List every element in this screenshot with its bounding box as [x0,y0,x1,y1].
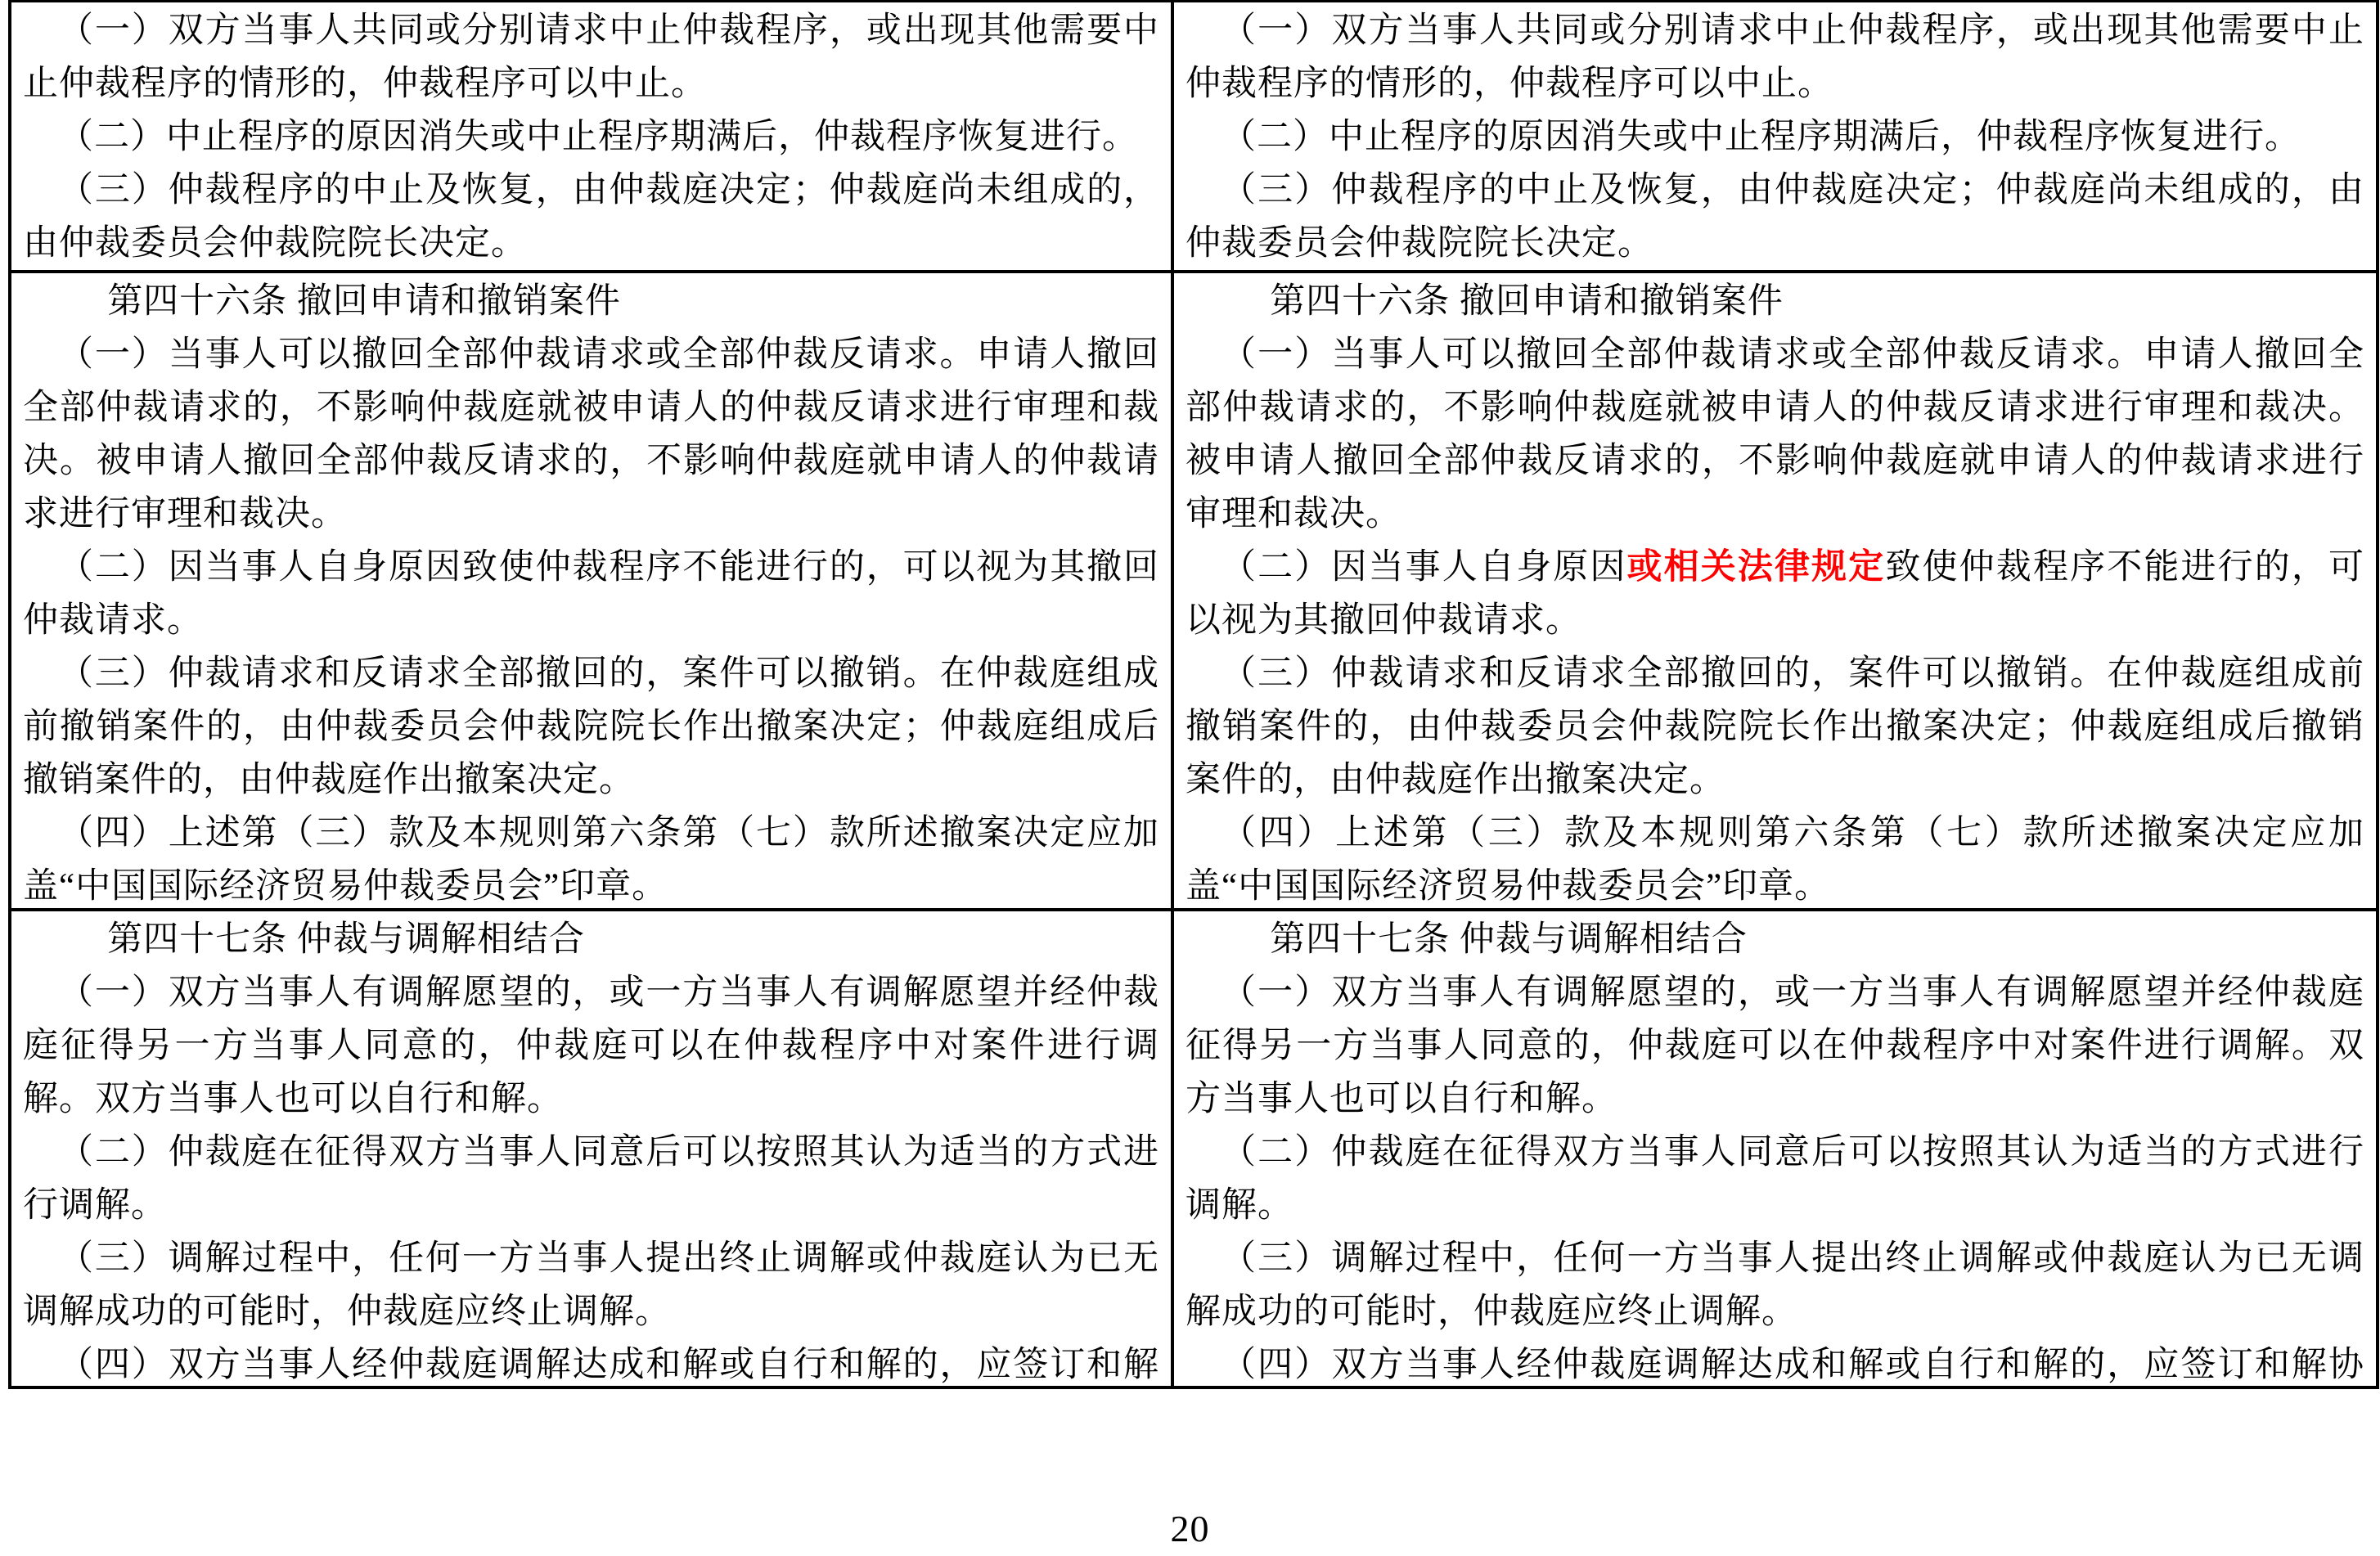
article-47-clause-2-right: （二）仲裁庭在征得双方当事人同意后可以按照其认为适当的方式进行调解。 [1186,1126,2364,1232]
clause-text-before-revision: （二）因当事人自身原因 [1221,548,1626,587]
article-46-clause-2-right: （二）因当事人自身原因或相关法律规定致使仲裁程序不能进行的，可以视为其撤回仲裁请… [1186,541,2364,647]
article-46-heading-left: 第四十六条 撤回申请和撤销案件 [23,275,1159,328]
article-47-heading-right: 第四十七条 仲裁与调解相结合 [1186,913,2364,966]
article-47-clause-2-left: （二）仲裁庭在征得双方当事人同意后可以按照其认为适当的方式进行调解。 [23,1126,1159,1232]
article-47-clause-4-right: （四）双方当事人经仲裁庭调解达成和解或自行和解的，应签订和解协议。 [1186,1338,2364,1386]
clause-suspension-1-right: （一）双方当事人共同或分别请求中止仲裁程序，或出现其他需要中止仲裁程序的情形的，… [1186,4,2364,110]
clause-suspension-1-left: （一）双方当事人共同或分别请求中止仲裁程序，或出现其他需要中止仲裁程序的情形的，… [23,4,1159,110]
rules-comparison-table: （一）双方当事人共同或分别请求中止仲裁程序，或出现其他需要中止仲裁程序的情形的，… [8,0,2379,1389]
cell-row2-right: 第四十六条 撤回申请和撤销案件 （一）当事人可以撤回全部仲裁请求或全部仲裁反请求… [1174,273,2376,911]
highlighted-revision-text: 或相关法律规定 [1626,548,1885,587]
clause-suspension-2-left: （二）中止程序的原因消失或中止程序期满后，仲裁程序恢复进行。 [23,110,1159,164]
document-page: （一）双方当事人共同或分别请求中止仲裁程序，或出现其他需要中止仲裁程序的情形的，… [0,0,2380,1556]
article-47-clause-3-left: （三）调解过程中，任何一方当事人提出终止调解或仲裁庭认为已无调解成功的可能时，仲… [23,1232,1159,1338]
cell-row3-left: 第四十七条 仲裁与调解相结合 （一）双方当事人有调解愿望的，或一方当事人有调解愿… [11,911,1174,1386]
page-number: 20 [0,1507,2380,1550]
clause-suspension-2-right: （二）中止程序的原因消失或中止程序期满后，仲裁程序恢复进行。 [1186,110,2364,164]
article-47-clause-1-right: （一）双方当事人有调解愿望的，或一方当事人有调解愿望并经仲裁庭征得另一方当事人同… [1186,966,2364,1126]
article-46-clause-1-left: （一）当事人可以撤回全部仲裁请求或全部仲裁反请求。申请人撤回全部仲裁请求的，不影… [23,328,1159,541]
article-47-heading-left: 第四十七条 仲裁与调解相结合 [23,913,1159,966]
article-46-clause-1-right: （一）当事人可以撤回全部仲裁请求或全部仲裁反请求。申请人撤回全部仲裁请求的，不影… [1186,328,2364,541]
cell-row1-right: （一）双方当事人共同或分别请求中止仲裁程序，或出现其他需要中止仲裁程序的情形的，… [1174,2,2376,273]
article-46-clause-4-left: （四）上述第（三）款及本规则第六条第（七）款所述撤案决定应加盖“中国国际经济贸易… [23,807,1159,911]
clause-suspension-3-right: （三）仲裁程序的中止及恢复，由仲裁庭决定；仲裁庭尚未组成的，由仲裁委员会仲裁院院… [1186,164,2364,270]
article-46-clause-4-right: （四）上述第（三）款及本规则第六条第（七）款所述撤案决定应加盖“中国国际经济贸易… [1186,807,2364,911]
cell-row2-left: 第四十六条 撤回申请和撤销案件 （一）当事人可以撤回全部仲裁请求或全部仲裁反请求… [11,273,1174,911]
clause-suspension-3-left: （三）仲裁程序的中止及恢复，由仲裁庭决定；仲裁庭尚未组成的，由仲裁委员会仲裁院院… [23,164,1159,270]
article-46-clause-3-left: （三）仲裁请求和反请求全部撤回的，案件可以撤销。在仲裁庭组成前撤销案件的，由仲裁… [23,647,1159,807]
cell-row1-left: （一）双方当事人共同或分别请求中止仲裁程序，或出现其他需要中止仲裁程序的情形的，… [11,2,1174,273]
cell-row3-right: 第四十七条 仲裁与调解相结合 （一）双方当事人有调解愿望的，或一方当事人有调解愿… [1174,911,2376,1386]
article-47-clause-3-right: （三）调解过程中，任何一方当事人提出终止调解或仲裁庭认为已无调解成功的可能时，仲… [1186,1232,2364,1338]
article-46-clause-3-right: （三）仲裁请求和反请求全部撤回的，案件可以撤销。在仲裁庭组成前撤销案件的，由仲裁… [1186,647,2364,807]
article-47-clause-4-left: （四）双方当事人经仲裁庭调解达成和解或自行和解的，应签订和解协 [23,1338,1159,1386]
article-47-clause-1-left: （一）双方当事人有调解愿望的，或一方当事人有调解愿望并经仲裁庭征得另一方当事人同… [23,966,1159,1126]
article-46-heading-right: 第四十六条 撤回申请和撤销案件 [1186,275,2364,328]
article-46-clause-2-left: （二）因当事人自身原因致使仲裁程序不能进行的，可以视为其撤回仲裁请求。 [23,541,1159,647]
